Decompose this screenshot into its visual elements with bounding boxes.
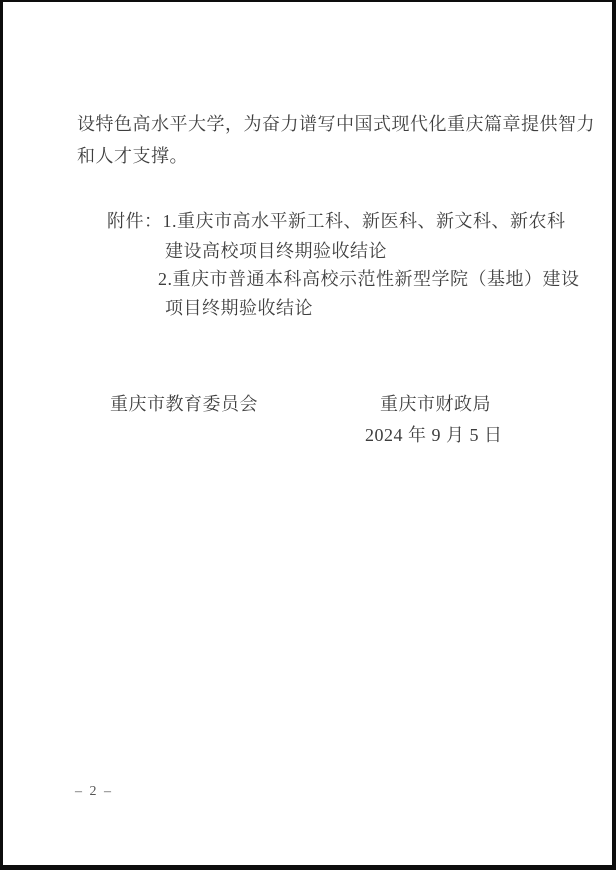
scanned-document-page: 设特色高水平大学，为奋力谱写中国式现代化重庆篇章提供智力 和人才支撑。 附件：1… bbox=[0, 0, 616, 870]
signature-org-left: 重庆市教育委员会 bbox=[110, 388, 258, 420]
signature-org-right: 重庆市财政局 bbox=[380, 388, 491, 420]
page-number: – 2 – bbox=[75, 784, 113, 800]
body-paragraph-line-1: 设特色高水平大学，为奋力谱写中国式现代化重庆篇章提供智力 bbox=[77, 108, 595, 140]
signature-date: 2024 年 9 月 5 日 bbox=[365, 419, 503, 451]
attachment-item-1-line-1: 附件：1.重庆市高水平新工科、新医科、新文科、新农科 bbox=[107, 205, 566, 237]
body-paragraph-line-2: 和人才支撑。 bbox=[77, 140, 188, 172]
attachment-item-2-line-1: 2.重庆市普通本科高校示范性新型学院（基地）建设 bbox=[158, 263, 580, 295]
attachment-item-2-line-2: 项目终期验收结论 bbox=[165, 292, 313, 324]
